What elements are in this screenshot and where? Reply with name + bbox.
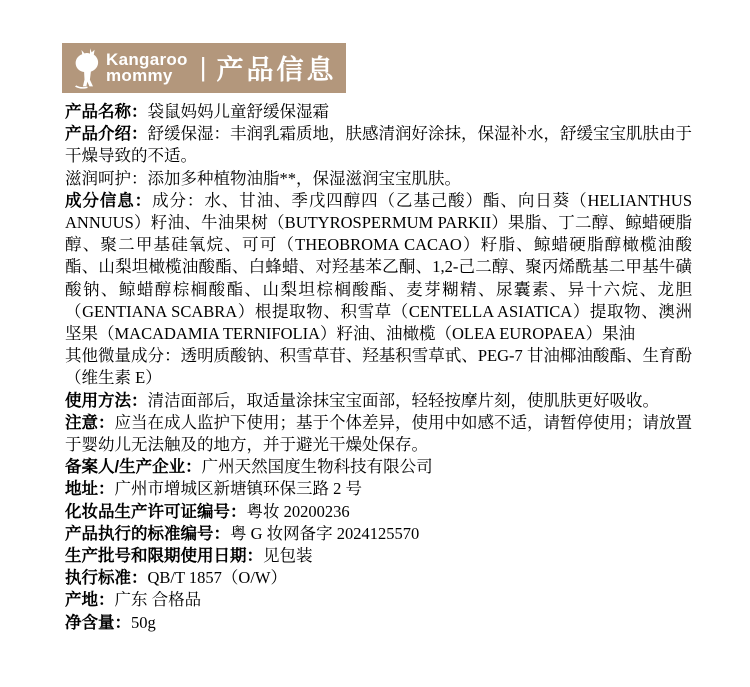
field-value: 广州天然国度生物科技有限公司 (202, 457, 433, 476)
field-label: 注意： (65, 414, 115, 432)
row-execution-standard: 执行标准：QB/T 1857（O/W） (65, 567, 692, 589)
field-label: 化妆品生产许可证编号： (65, 503, 247, 521)
field-value: 广东 合格品 (115, 590, 202, 609)
row-address: 地址：广州市增城区新塘镇环保三路 2 号 (65, 478, 692, 500)
row-origin: 产地：广东 合格品 (65, 589, 692, 611)
field-label: 成分信息： (65, 192, 152, 210)
field-value: 清洁面部后，取适量涂抹宝宝面部，轻轻按摩片刻，使肌肤更好吸收。 (148, 391, 660, 410)
field-value: 粤妆 20200236 (247, 502, 350, 521)
brand-wordmark: Kangaroo mommy (106, 52, 188, 84)
field-label: 执行标准： (65, 569, 148, 587)
field-label: 生产批号和限期使用日期： (65, 547, 263, 565)
row-net-content: 净含量：50g (65, 612, 692, 634)
row-moisturizing-care: 滋润呵护：添加多种植物油脂**，保湿滋润宝宝肌肤。 (65, 168, 692, 190)
field-value: 其他微量成分：透明质酸钠、积雪草苷、羟基积雪草甙、PEG-7 甘油椰油酸酯、生育… (65, 346, 692, 387)
field-value: 粤 G 妆网备字 2024125570 (230, 524, 419, 543)
row-batch-and-expiry: 生产批号和限期使用日期：见包装 (65, 545, 692, 567)
row-product-name: 产品名称：袋鼠妈妈儿童舒缓保湿霜 (65, 101, 692, 123)
field-value: 50g (131, 613, 156, 632)
brand-banner: Kangaroo mommy | 产品信息 (62, 43, 346, 93)
field-value: 袋鼠妈妈儿童舒缓保湿霜 (148, 102, 330, 121)
product-details: 产品名称：袋鼠妈妈儿童舒缓保湿霜 产品介绍：舒缓保湿：丰润乳霜质地，肤感清润好涂… (65, 101, 692, 634)
row-ingredients: 成分信息：成分：水、甘油、季戊四醇四（乙基己酸）酯、向日葵（HELIANTHUS… (65, 190, 692, 345)
row-trace-ingredients: 其他微量成分：透明质酸钠、积雪草苷、羟基积雪草甙、PEG-7 甘油椰油酸酯、生育… (65, 345, 692, 389)
field-value: 滋润呵护：添加多种植物油脂**，保湿滋润宝宝肌肤。 (65, 169, 461, 188)
field-value: 应当在成人监护下使用；基于个体差异，使用中如感不适，请暂停使用；请放置于婴幼儿无… (65, 413, 692, 454)
field-value: 舒缓保湿：丰润乳霜质地，肤感清润好涂抹，保湿补水，舒缓宝宝肌肤由于干燥导致的不适… (65, 124, 692, 165)
kangaroo-icon (69, 47, 103, 89)
field-value: QB/T 1857（O/W） (148, 568, 288, 587)
field-value: 见包装 (263, 546, 313, 565)
field-label: 备案人/生产企业： (65, 458, 202, 476)
row-caution: 注意：应当在成人监护下使用；基于个体差异，使用中如感不适，请暂停使用；请放置于婴… (65, 412, 692, 456)
brand-line2: mommy (106, 68, 188, 84)
field-label: 净含量： (65, 614, 131, 632)
field-value: 成分：水、甘油、季戊四醇四（乙基己酸）酯、向日葵（HELIANTHUS ANNU… (65, 191, 692, 343)
field-label: 地址： (65, 480, 115, 498)
row-usage: 使用方法：清洁面部后，取适量涂抹宝宝面部，轻轻按摩片刻，使肌肤更好吸收。 (65, 390, 692, 412)
field-label: 产品介绍： (65, 125, 148, 143)
banner-title: 产品信息 (217, 48, 337, 87)
row-product-standard-no: 产品执行的标准编号：粤 G 妆网备字 2024125570 (65, 523, 692, 545)
divider-bar: | (200, 52, 207, 83)
field-label: 使用方法： (65, 392, 148, 410)
row-manufacturer: 备案人/生产企业：广州天然国度生物科技有限公司 (65, 456, 692, 478)
field-label: 产地： (65, 591, 115, 609)
field-value: 广州市增城区新塘镇环保三路 2 号 (115, 479, 363, 498)
field-label: 产品名称： (65, 103, 148, 121)
row-production-license-no: 化妆品生产许可证编号：粤妆 20200236 (65, 501, 692, 523)
row-product-intro: 产品介绍：舒缓保湿：丰润乳霜质地，肤感清润好涂抹，保湿补水，舒缓宝宝肌肤由于干燥… (65, 123, 692, 167)
field-label: 产品执行的标准编号： (65, 525, 230, 543)
